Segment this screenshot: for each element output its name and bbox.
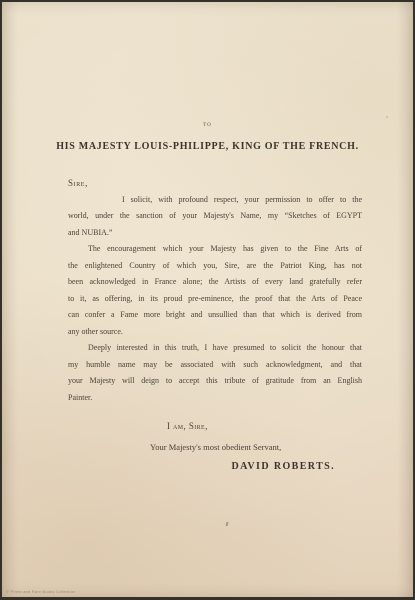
paragraph-line: Deeply interested in this truth, I have … bbox=[68, 340, 362, 357]
signature: DAVID ROBERTS. bbox=[68, 459, 362, 476]
paragraph-line: to it, as offering, in its proud pre-emi… bbox=[68, 291, 362, 308]
salutation: Sire, bbox=[68, 175, 362, 192]
paragraph-line: world, under the sanction of your Majest… bbox=[68, 208, 362, 225]
paragraph-2: The encouragement which your Majesty has… bbox=[68, 241, 362, 340]
credit-watermark: © Prints and Rare Books Collection bbox=[6, 589, 76, 594]
dedication-kicker: TO bbox=[2, 123, 413, 128]
paragraph-line: your Majesty will deign to accept this t… bbox=[68, 373, 362, 390]
paragraph-line: and NUBIA.” bbox=[68, 225, 362, 242]
dedication-title: HIS MAJESTY LOUIS-PHILIPPE, KING OF THE … bbox=[2, 141, 413, 152]
scanned-book-page: TO HIS MAJESTY LOUIS-PHILIPPE, KING OF T… bbox=[0, 0, 415, 600]
paragraph-line: any other source. bbox=[68, 324, 362, 341]
paragraph-line: Painter. bbox=[68, 390, 362, 407]
paragraph-3: Deeply interested in this truth, I have … bbox=[68, 340, 362, 406]
paragraph-1: I solicit, with profound respect, your p… bbox=[68, 192, 362, 242]
paragraph-line: can confer a Fame more bright and unsull… bbox=[68, 307, 362, 324]
valediction-line-1: I am, Sire, bbox=[68, 418, 362, 435]
dedication-body: Sire, I solicit, with profound respect, … bbox=[68, 175, 362, 476]
paragraph-line: been acknowledged in France alone; the A… bbox=[68, 274, 362, 291]
paper-speck bbox=[226, 522, 228, 526]
paragraph-line: The encouragement which your Majesty has… bbox=[68, 241, 362, 258]
paragraph-line: I solicit, with profound respect, your p… bbox=[68, 192, 362, 209]
paragraph-line: the enlightened Country of which you, Si… bbox=[68, 258, 362, 275]
paragraph-line: my humble name may be associated with su… bbox=[68, 357, 362, 374]
valediction-line-2: Your Majesty's most obedient Servant, bbox=[68, 439, 362, 456]
paper-speck bbox=[386, 116, 388, 118]
